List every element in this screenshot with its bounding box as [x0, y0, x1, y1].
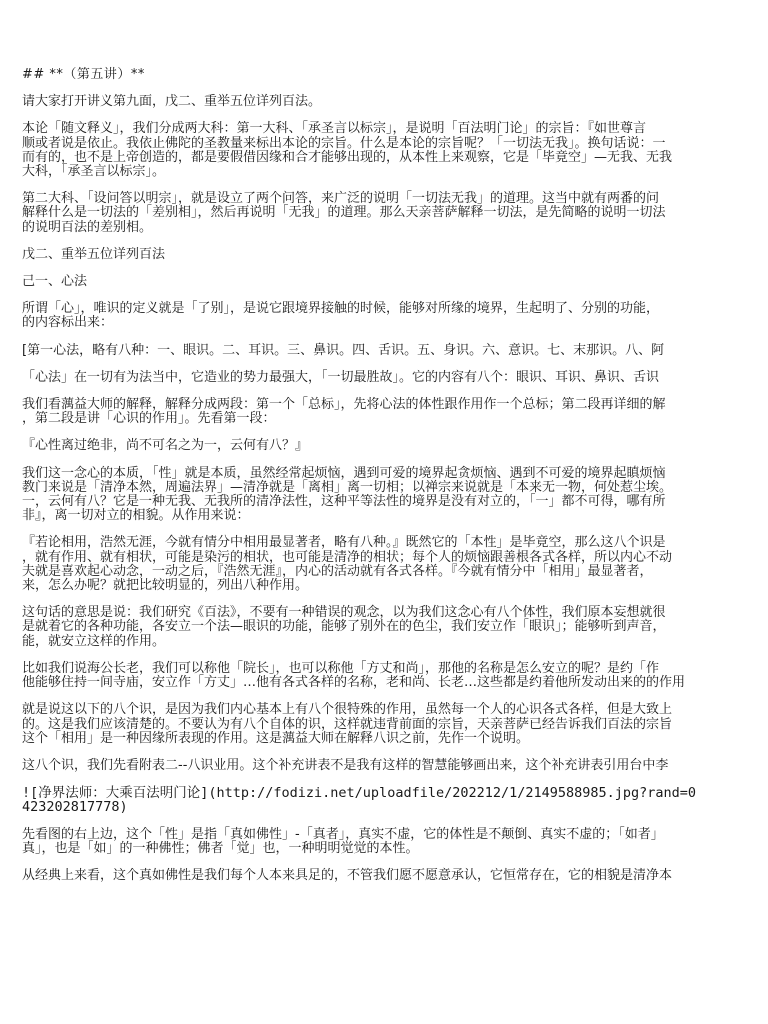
paragraph-quote: 『心性离过绝非，尚不可名之为一，云何有八？』 [22, 439, 768, 453]
document-body: ## **（第五讲）** 请大家打开讲义第九面，戊二、重举五位详列百法。 本论「… [22, 68, 768, 896]
paragraph-nature: 我们这一念心的本质，「性」就是本质，虽然经常起烦恼，遇到可爱的境界起贪烦恼、遇到… [22, 467, 768, 524]
text-line: 请大家打开讲义第九面，戊二、重举五位详列百法。 [22, 95, 768, 109]
paragraph-definition: 所谓「心」，唯识的定义就是「了别」，是说它跟境界接触的时候，能够对所缘的境界，生… [22, 302, 768, 330]
paragraph-sutra: 从经典上来看，这个真如佛性是我们每个人本来具足的，不管我们愿不愿意承认，它恒常存… [22, 869, 768, 883]
text-line: 真」，也是「如」的一种佛性；佛者「觉」也，一种明明觉觉的本性。 [22, 842, 768, 856]
text-line: 戊二、重举五位详列百法 [22, 248, 768, 262]
text-line: 解释什么是一切法的「差别相」，然后再说明「无我」的道理。那么天亲菩萨解释一切法，… [22, 206, 768, 220]
text-line: ，就有作用、就有相状，可能是染污的相状，也可能是清净的相状；每个人的烦恼跟善根各… [22, 551, 768, 565]
text-line: 大科，「承圣言以标宗」。 [22, 165, 768, 179]
paragraph-eight-consciousness: 就是说这以下的八个识，是因为我们内心基本上有八个很特殊的作用，虽然每一个人的心识… [22, 703, 768, 746]
text-line: 比如我们说海公长老，我们可以称他「院长」，也可以称他「方丈和尚」，那他的名称是怎… [22, 662, 768, 676]
paragraph-diagram: 先看图的右上边，这个「性」是指「真如佛性」-「真者」，真实不虚，它的体性是不颠倒… [22, 828, 768, 856]
paragraph-example: 比如我们说海公长老，我们可以称他「院长」，也可以称他「方丈和尚」，那他的名称是怎… [22, 662, 768, 690]
text-line: 本论「随文释义」，我们分成两大科：第一大科、「承圣言以标宗」，是说明「百法明门论… [22, 122, 768, 136]
text-line: 所谓「心」，唯识的定义就是「了别」，是说它跟境界接触的时候，能够对所缘的境界，生… [22, 302, 768, 316]
text-line: 的内容标出来： [22, 316, 768, 330]
text-line: 己一、心法 [22, 275, 768, 289]
text-line: 『心性离过绝非，尚不可名之为一，云何有八？』 [22, 439, 768, 453]
text-line: 这八个识，我们先看附表二--八识业用。这个补充讲表不是我有这样的智慧能够画出来，… [22, 759, 768, 773]
text-line: 的。这是我们应该清楚的。不要认为有八个自体的识，这样就违背前面的宗旨，天亲菩萨已… [22, 718, 768, 732]
section-title: 戊二、重举五位详列百法 [22, 248, 768, 262]
text-line: 我们这一念心的本质，「性」就是本质，虽然经常起烦恼，遇到可爱的境界起贪烦恼、遇到… [22, 467, 768, 481]
text-line: 来，怎么办呢？就把比较明显的，列出八种作用。 [22, 579, 768, 593]
paragraph-meaning: 这句话的意思是说：我们研究《百法》，不要有一种错误的观念，以为我们这念心有八个体… [22, 606, 768, 649]
subsection-title: 己一、心法 [22, 275, 768, 289]
paragraph-appendix: 这八个识，我们先看附表二--八识业用。这个补充讲表不是我有这样的智慧能够画出来，… [22, 759, 768, 773]
paragraph-intro: 请大家打开讲义第九面，戊二、重举五位详列百法。 [22, 95, 768, 109]
text-line: 他能够住持一间寺庙，安立作「方丈」…他有各式各样的名称，老和尚、长老…这些都是约… [22, 676, 768, 690]
text-line: 能，就安立这样的作用。 [22, 635, 768, 649]
text-line: 从经典上来看，这个真如佛性是我们每个人本来具足的，不管我们愿不愿意承认，它恒常存… [22, 869, 768, 883]
lecture-heading: ## **（第五讲）** [22, 68, 768, 82]
text-line: 「心法」在一切有为法当中，它造业的势力最强大，「一切最胜故」。它的内容有八个：眼… [22, 371, 768, 385]
text-line: 是就着它的各种功能，各安立一个法—眼识的功能，能够了别外在的色尘，我们安立作「眼… [22, 620, 768, 634]
text-line: [第一心法，略有八种：一、眼识。二、耳识。三、鼻识。四、舌识。五、身识。六、意识… [22, 344, 768, 358]
text-line: 『若论相用，浩然无涯，今就有情分中相用最显著者，略有八种。』既然它的「本性」是毕… [22, 536, 768, 550]
paragraph-first-section: 本论「随文释义」，我们分成两大科：第一大科、「承圣言以标宗」，是说明「百法明门论… [22, 122, 768, 179]
text-line: 的说明百法的差别相。 [22, 221, 768, 235]
text-line: 夫就是喜欢起心动念，一动之后，『浩然无涯』，内心的活动就有各式各样。『今就有情分… [22, 565, 768, 579]
text-line: 顺或者说是依止。我依止佛陀的圣教量来标出本论的宗旨。什么是本论的宗旨呢？「一切法… [22, 137, 768, 151]
paragraph-mind-law: 「心法」在一切有为法当中，它造业的势力最强大，「一切最胜故」。它的内容有八个：眼… [22, 371, 768, 385]
text-line: 而有的，也不是上帝创造的，都是要假借因缘和合才能够出现的，从本性上来观察，它是「… [22, 151, 768, 165]
text-line: 就是说这以下的八个识，是因为我们内心基本上有八个很特殊的作用，虽然每一个人的心识… [22, 703, 768, 717]
text-line: 非』，离一切对立的相貌。从作用来说： [22, 509, 768, 523]
text-line: 这个「相用」是一种因缘所表现的作用。这是蕅益大师在解释八识之前，先作一个说明。 [22, 732, 768, 746]
text-line: ![净界法师：大乘百法明门论](http://fodizi.net/upload… [22, 786, 768, 800]
paragraph-function: 『若论相用，浩然无涯，今就有情分中相用最显著者，略有八种。』既然它的「本性」是毕… [22, 536, 768, 593]
paragraph-second-section: 第二大科、「设问答以明宗」，就是设立了两个问答，来广泛的说明「一切法无我」的道理… [22, 192, 768, 235]
text-line: ，第二段是讲「心识的作用」。先看第一段： [22, 412, 768, 426]
image-markdown-link[interactable]: ![净界法师：大乘百法明门论](http://fodizi.net/upload… [22, 786, 768, 814]
paragraph-quote-list: [第一心法，略有八种：一、眼识。二、耳识。三、鼻识。四、舌识。五、身识。六、意识… [22, 344, 768, 358]
text-line: 教门来说是「清净本然，周遍法界」—清净就是「离相」离一切相；以禅宗来说就是「本来… [22, 481, 768, 495]
text-line: 先看图的右上边，这个「性」是指「真如佛性」-「真者」，真实不虚，它的体性是不颠倒… [22, 828, 768, 842]
text-line: 423202817778) [22, 800, 768, 814]
paragraph-explanation: 我们看蕅益大师的解释，解释分成两段：第一个「总标」，先将心法的体性跟作用作一个总… [22, 398, 768, 426]
